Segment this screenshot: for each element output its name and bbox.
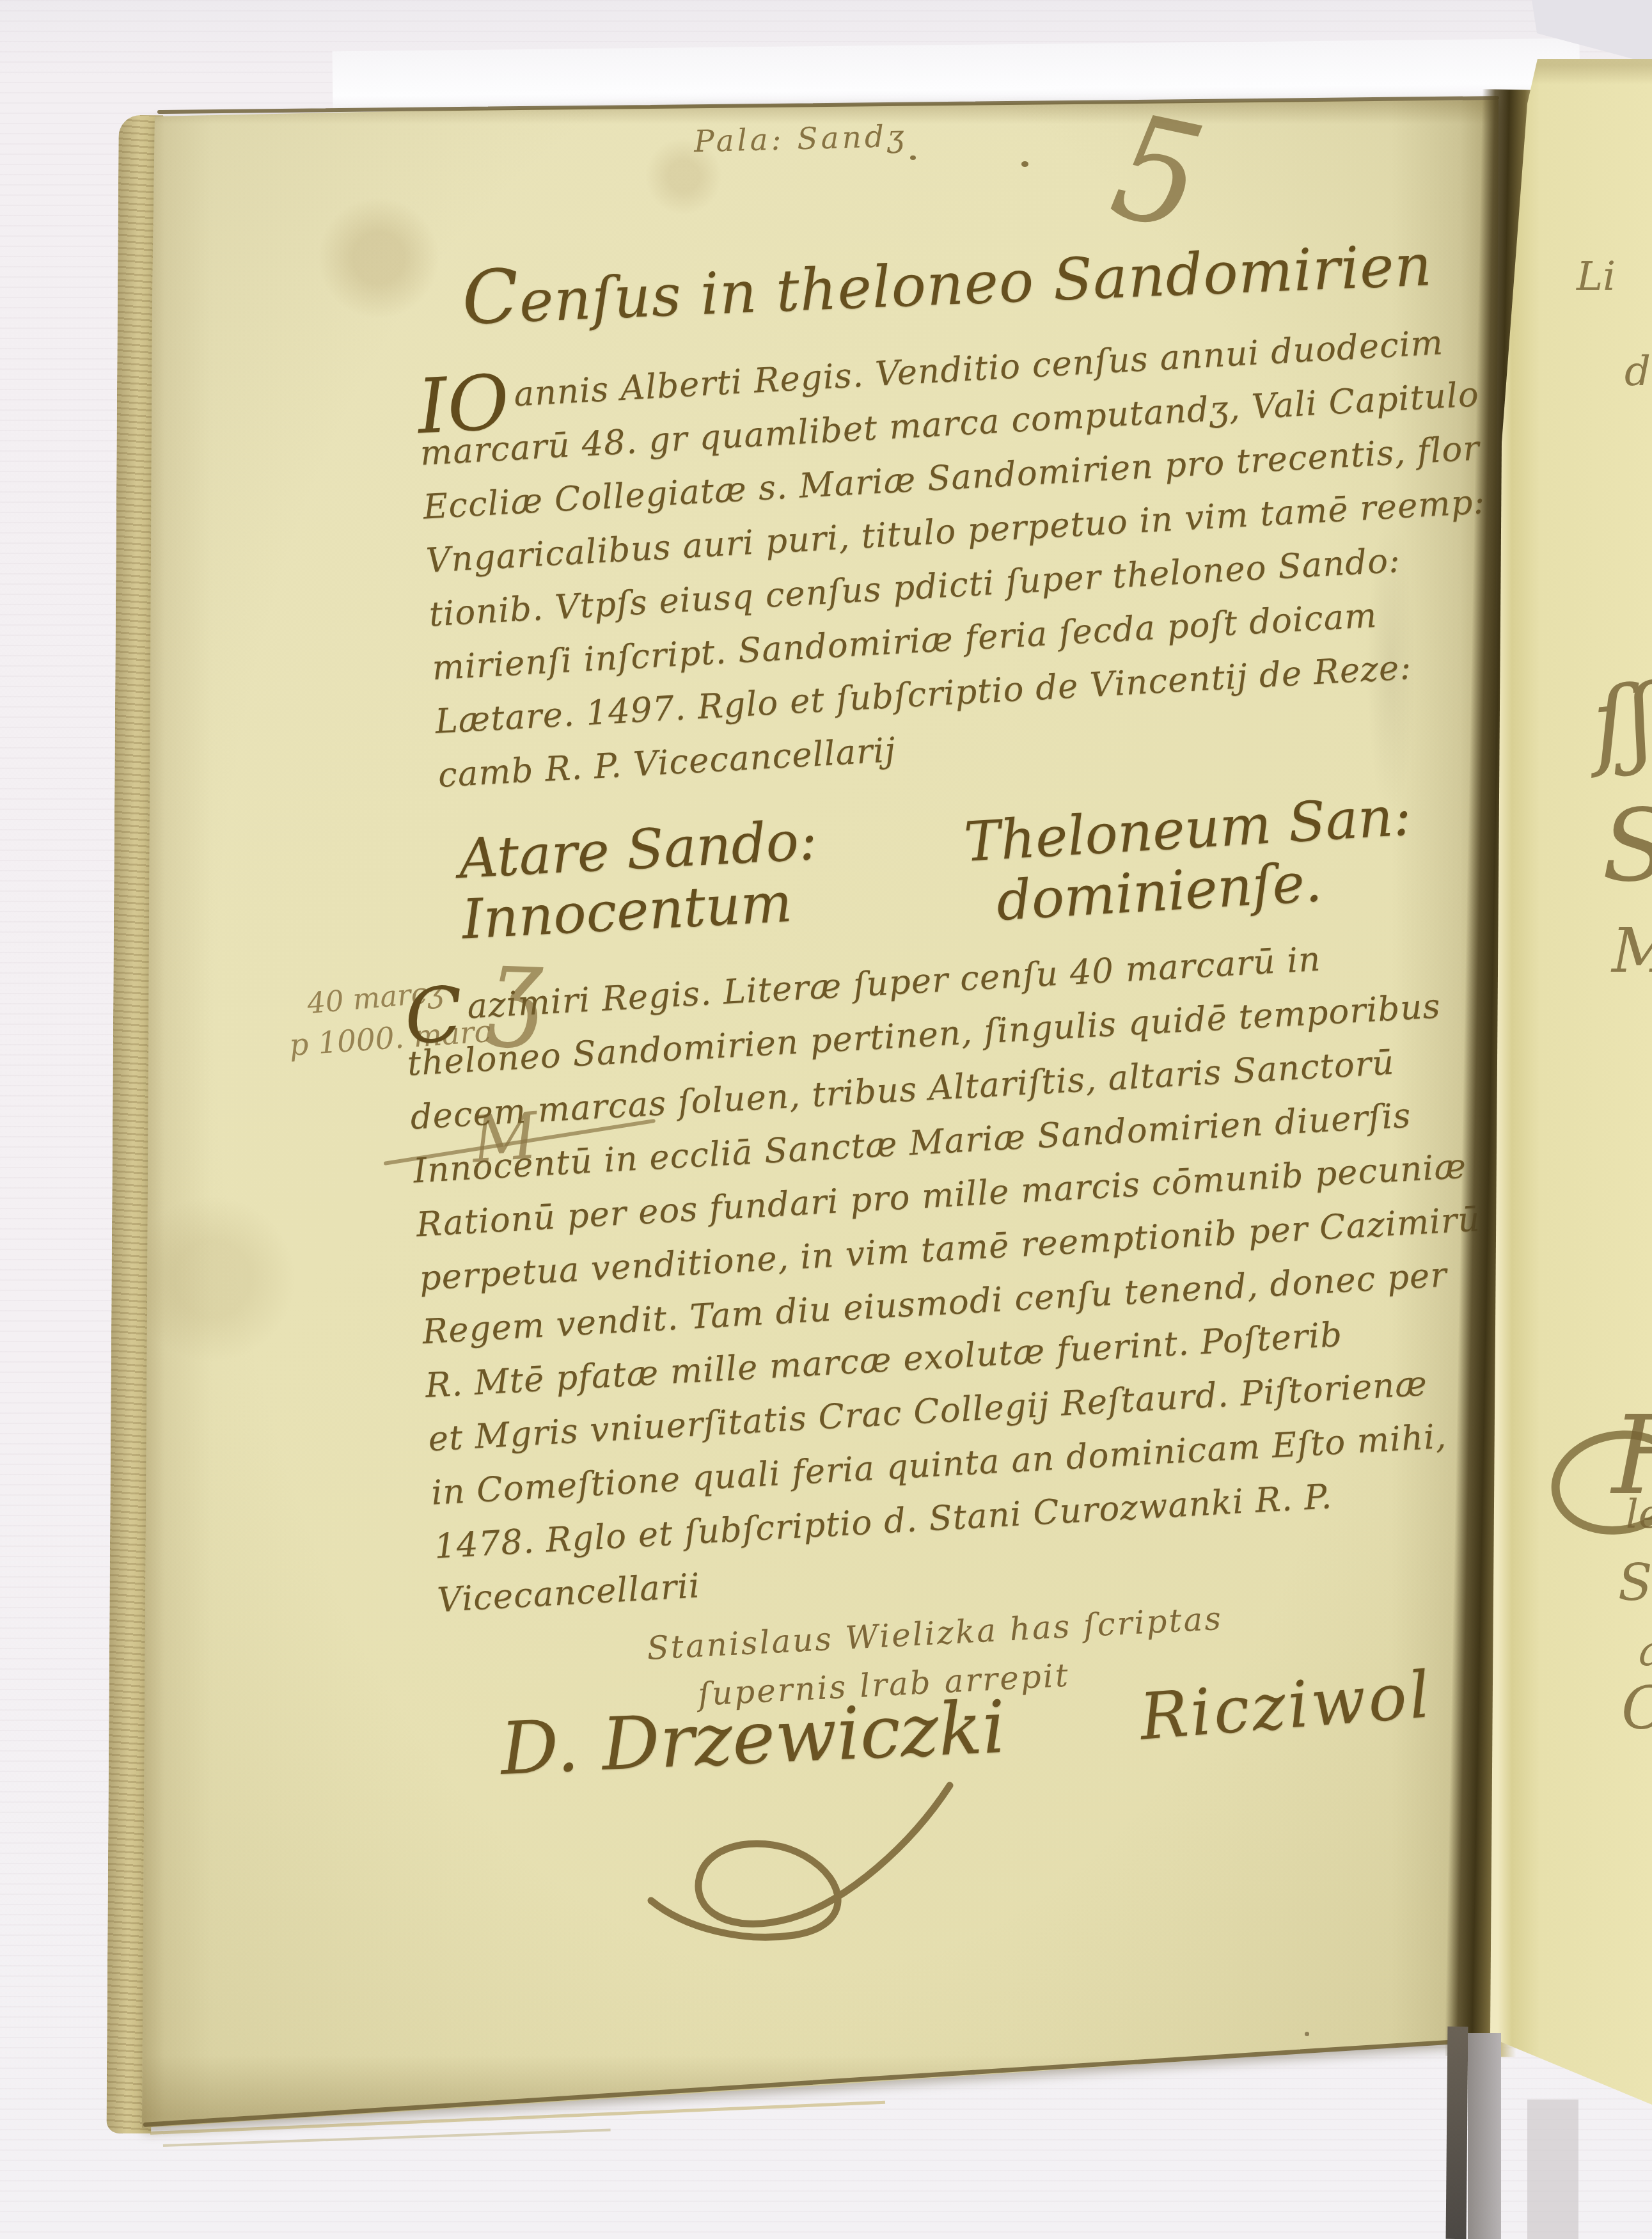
right-page-text-fragment: len (1626, 1491, 1652, 1537)
right-page-text-fragment: a (1639, 1626, 1652, 1675)
signature-flourish (627, 1774, 972, 1959)
left-page: Pala: Sandʒ 5 Cenſus in theloneo Sandomi… (115, 95, 1502, 2137)
left-page-shadow-wrap: Pala: Sandʒ 5 Cenſus in theloneo Sandomi… (0, 0, 1652, 2239)
right-page-text-fragment: ſʃ (1588, 664, 1652, 780)
right-page-text-fragment: S (1602, 788, 1652, 904)
right-page-text-fragment: Sl (1618, 1555, 1652, 1612)
subheading-theloneum: Theloneum San: dominienſe. (963, 786, 1417, 933)
right-page-text-fragment: d (1624, 348, 1651, 395)
book-support-strip-dark (1446, 2027, 1468, 2239)
section-heading: Cenſus in theloneo Sandomirien (460, 217, 1434, 342)
ink-dot (1305, 2032, 1309, 2036)
manuscript-scan: Pala: Sandʒ 5 Cenſus in theloneo Sandomi… (0, 0, 1652, 2239)
book-support-strip-soft (1527, 2100, 1578, 2239)
right-page-text-fragment: Li (1577, 253, 1616, 299)
entry-ioannis-alberti: IOannis Alberti Regis. Venditio cenſus a… (416, 314, 1499, 803)
ink-dot (910, 155, 916, 160)
signature-ricziwol: Ricziwol (1137, 1657, 1435, 1755)
right-page-sliver: Li d ſʃ S M H len Sl a C (1490, 59, 1652, 2111)
entry-cazimiri-regis: Cazimiri Regis. Literæ ſuper cenſu 40 ma… (403, 924, 1500, 1627)
book-support-strip-gray (1468, 2033, 1501, 2239)
running-head: Pala: Sandʒ (693, 119, 908, 160)
ink-dot (1021, 161, 1028, 167)
right-page-text-fragment: M (1612, 916, 1652, 986)
right-page-text-fragment: C (1621, 1674, 1652, 1743)
